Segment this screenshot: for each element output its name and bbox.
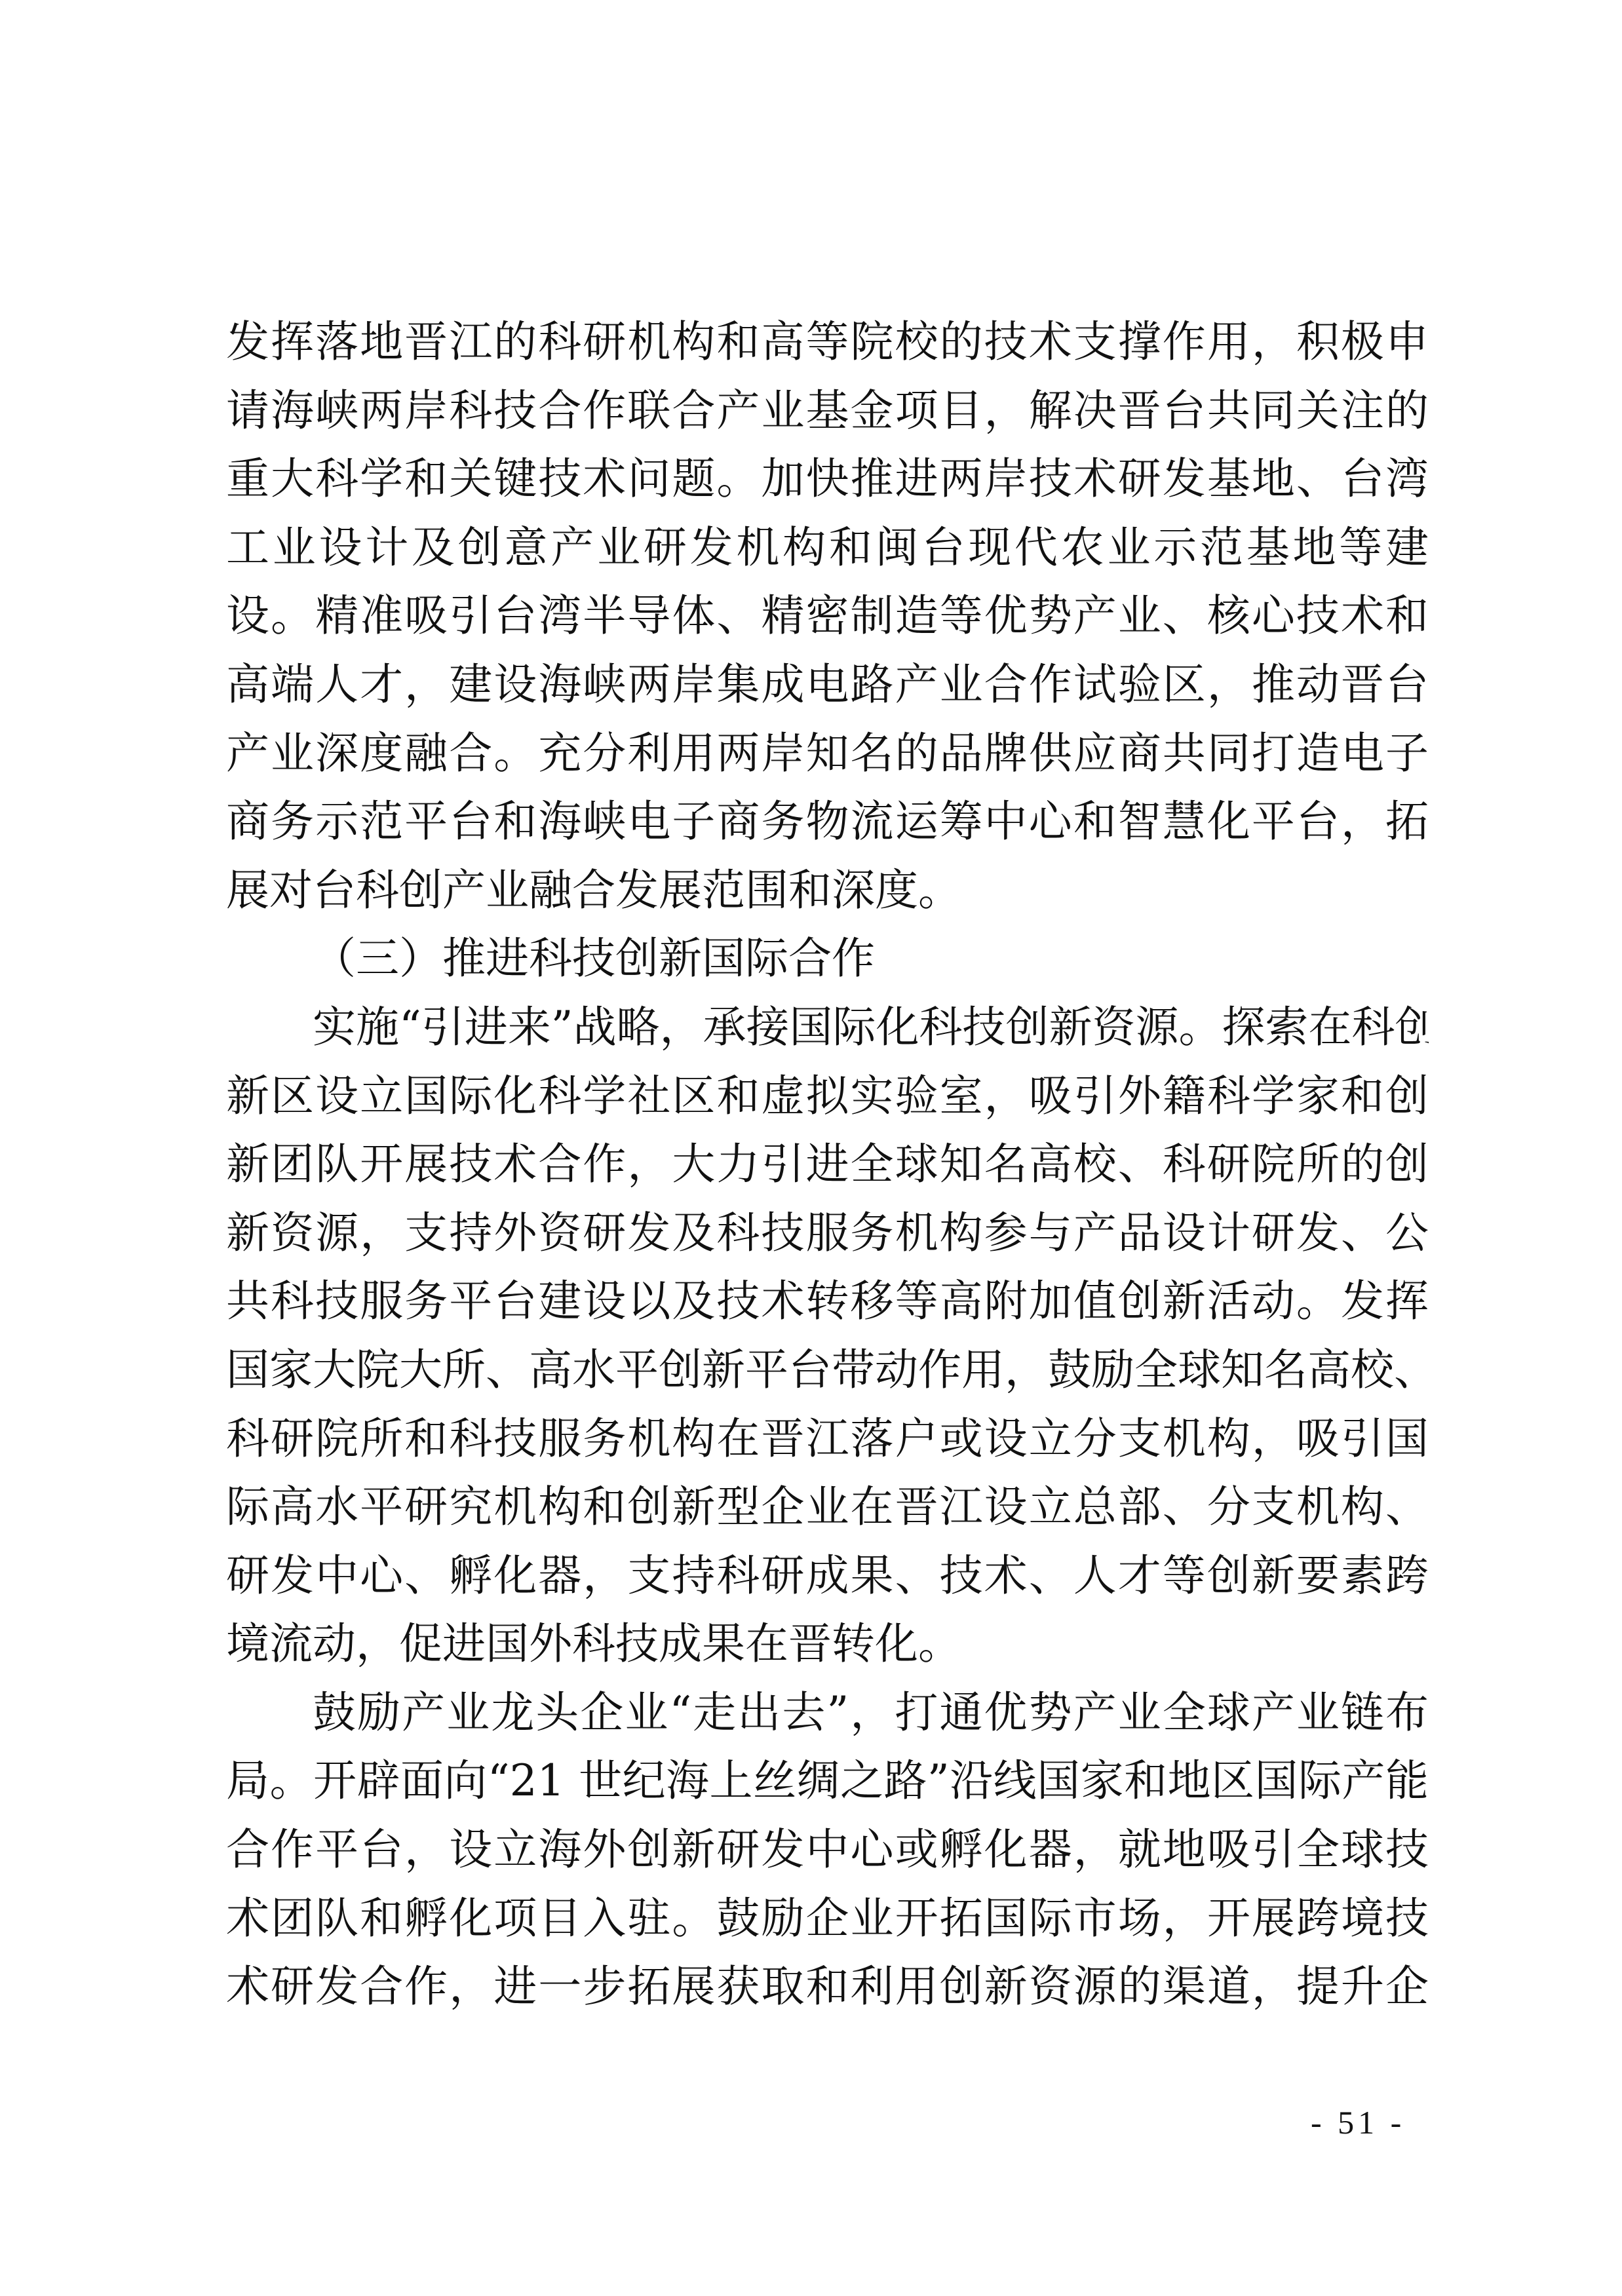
paragraph-start: 鼓励产业龙头企业“走出去”，打通优势产业全球产业链布 <box>226 1679 1429 1748</box>
text-line: 新团队开展技术合作，大力引进全球知名高校、科研院所的创 <box>226 1130 1429 1199</box>
text-line: 工业设计及创意产业研发机构和闽台现代农业示范基地等建 <box>226 514 1429 583</box>
text-line: 请海峡两岸科技合作联合产业基金项目，解决晋台共同关注的 <box>226 377 1429 446</box>
document-page: 发挥落地晋江的科研机构和高等院校的技术支撑作用，积极申 请海峡两岸科技合作联合产… <box>0 0 1622 2296</box>
text-line: 产业深度融合。充分利用两岸知名的品牌供应商共同打造电子 <box>226 719 1429 788</box>
text-line: 新区设立国际化科学社区和虚拟实验室，吸引外籍科学家和创 <box>226 1062 1429 1131</box>
body-text: 发挥落地晋江的科研机构和高等院校的技术支撑作用，积极申 请海峡两岸科技合作联合产… <box>226 308 1429 2021</box>
page-number: - 51 - <box>1311 2103 1405 2141</box>
text-line: 科研院所和科技服务机构在晋江落户或设立分支机构，吸引国 <box>226 1405 1429 1474</box>
text-line: 重大科学和关键技术问题。加快推进两岸技术研发基地、台湾 <box>226 445 1429 514</box>
text-line: 国家大院大所、高水平创新平台带动作用，鼓励全球知名高校、 <box>226 1336 1429 1405</box>
text-line: 局。开辟面向“21 世纪海上丝绸之路”沿线国家和地区国际产能 <box>226 1747 1429 1816</box>
text-line: 共科技服务平台建设以及技术转移等高附加值创新活动。发挥 <box>226 1267 1429 1336</box>
text-line: 设。精准吸引台湾半导体、精密制造等优势产业、核心技术和 <box>226 582 1429 651</box>
section-heading: （三）推进科技创新国际合作 <box>226 925 1429 993</box>
paragraph-start: 实施“引进来”战略，承接国际化科技创新资源。探索在科创 <box>226 993 1429 1062</box>
text-line: 境流动，促进国外科技成果在晋转化。 <box>226 1610 1429 1679</box>
text-line: 合作平台，设立海外创新研发中心或孵化器，就地吸引全球技 <box>226 1816 1429 1885</box>
text-line: 发挥落地晋江的科研机构和高等院校的技术支撑作用，积极申 <box>226 308 1429 377</box>
text-line: 术研发合作，进一步拓展获取和利用创新资源的渠道，提升企 <box>226 1953 1429 2021</box>
text-line: 高端人才，建设海峡两岸集成电路产业合作试验区，推动晋台 <box>226 651 1429 719</box>
text-line: 研发中心、孵化器，支持科研成果、技术、人才等创新要素跨 <box>226 1542 1429 1611</box>
text-line: 新资源，支持外资研发及科技服务机构参与产品设计研发、公 <box>226 1199 1429 1268</box>
text-line: 商务示范平台和海峡电子商务物流运筹中心和智慧化平台，拓 <box>226 788 1429 856</box>
text-line: 展对台科创产业融合发展范围和深度。 <box>226 856 1429 925</box>
text-line: 术团队和孵化项目入驻。鼓励企业开拓国际市场，开展跨境技 <box>226 1885 1429 1953</box>
text-line: 际高水平研究机构和创新型企业在晋江设立总部、分支机构、 <box>226 1473 1429 1542</box>
